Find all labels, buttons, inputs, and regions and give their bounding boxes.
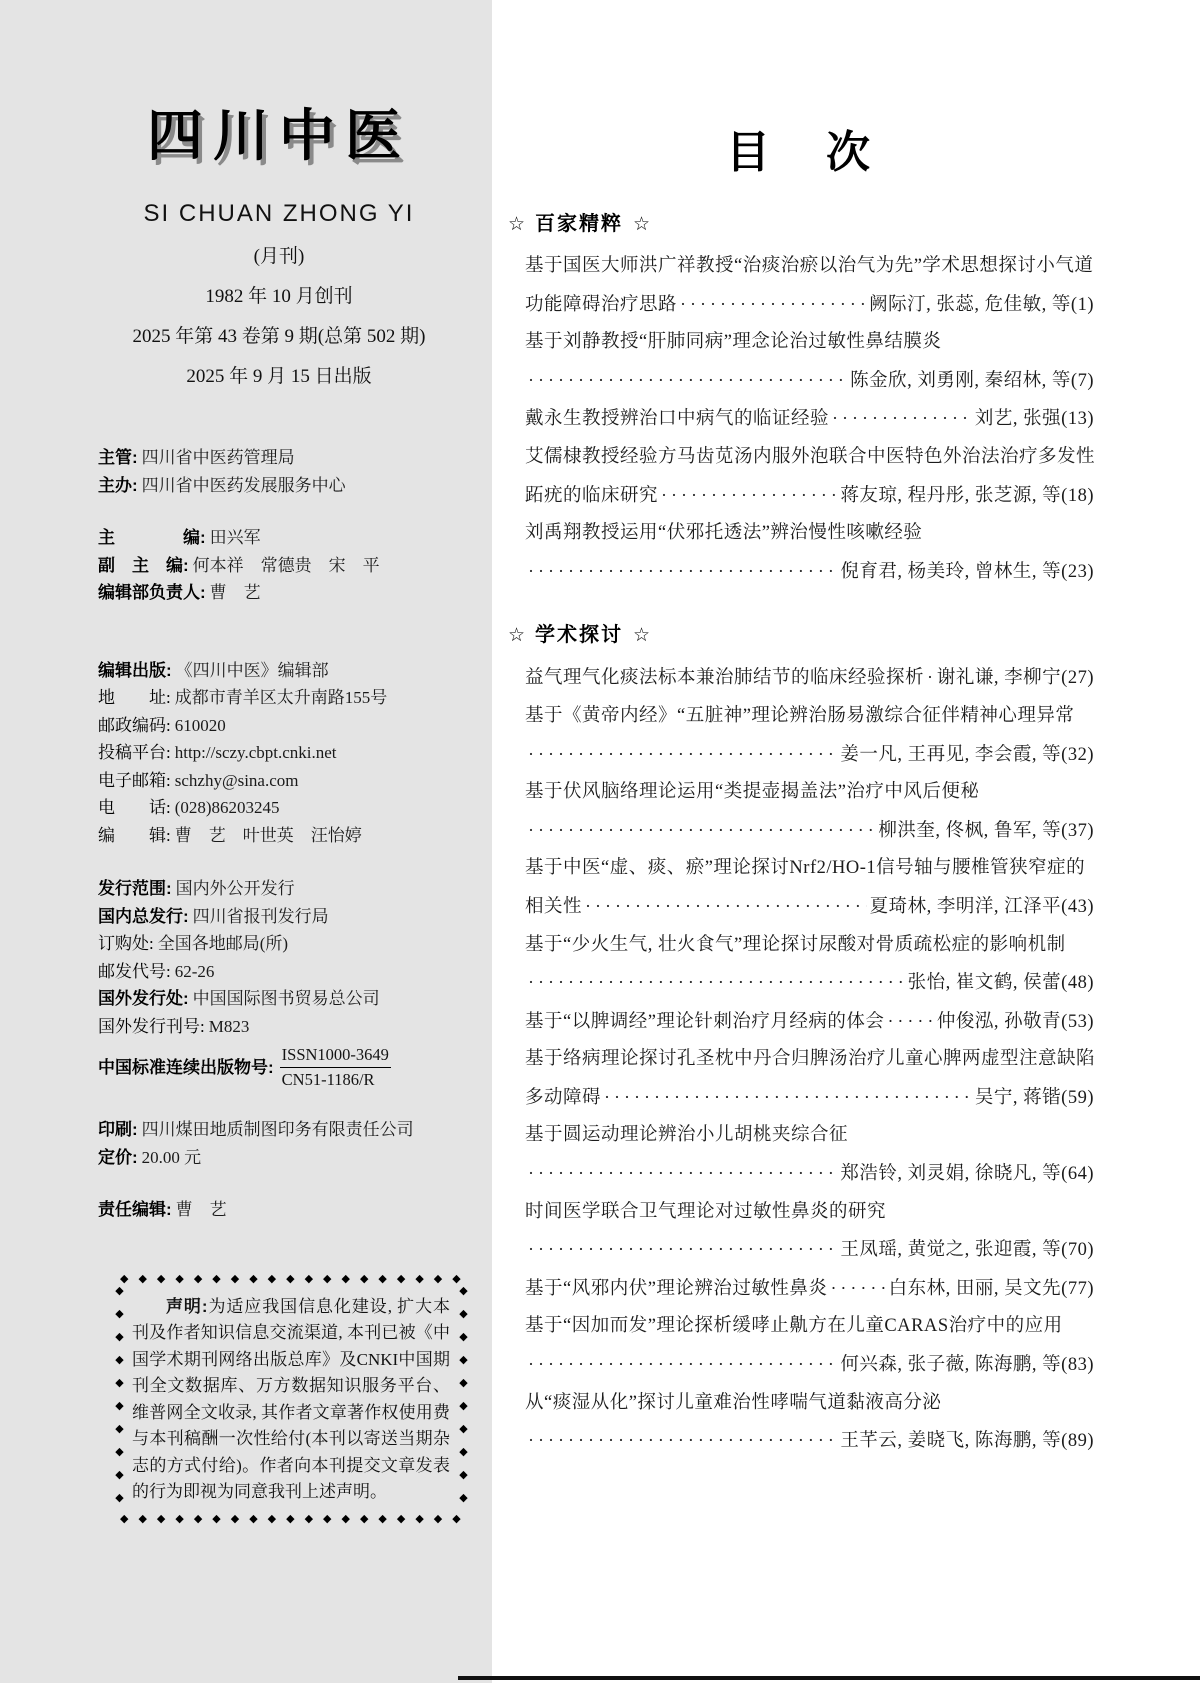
toc-article: 基于圆运动理论辨治小儿胡桃夹综合征郑浩铃, 刘灵娟, 徐晓凡, 等(64) xyxy=(508,1117,1094,1193)
info-value: 曹 艺 xyxy=(176,1196,227,1224)
info-row: 编辑部负责人:曹 艺 xyxy=(98,579,460,607)
article-title: 基于中医“虚、痰、瘀”理论探讨Nrf2/HO-1信号轴与腰椎管狭窄症的 xyxy=(525,850,1085,888)
info-value: (028)86203245 xyxy=(175,794,280,822)
dot-leader xyxy=(528,362,847,401)
info-row: 编辑出版:《四川中医》编辑部 xyxy=(98,657,460,685)
toc-line: 艾儒棣教授经验方马齿苋汤内服外泡联合中医特色外治法治疗多发性 xyxy=(508,439,1094,477)
info-value: 何本祥 常德贵 宋 平 xyxy=(193,552,380,580)
article-title: 艾儒棣教授经验方马齿苋汤内服外泡联合中医特色外治法治疗多发性 xyxy=(525,439,1095,477)
article-title: 刘禹翔教授运用“伏邪托透法”辨治慢性咳嗽经验 xyxy=(525,515,922,553)
toc-article: 基于“风邪内伏”理论辨治过敏性鼻炎白东林, 田丽, 吴文先(77) xyxy=(508,1270,1094,1309)
toc-line: 王凤瑶, 黄觉之, 张迎霞, 等(70) xyxy=(508,1231,1094,1270)
star-icon: ☆ xyxy=(508,214,525,235)
toc-article: 基于刘静教授“肝肺同病”理念论治过敏性鼻结膜炎陈金欣, 刘勇刚, 秦绍林, 等(… xyxy=(508,324,1094,400)
article-title: 功能障碍治疗思路 xyxy=(525,287,677,325)
info-row: 国内总发行:四川省报刊发行局 xyxy=(98,903,460,931)
dot-leader xyxy=(832,400,972,439)
toc-line: 时间医学联合卫气理论对过敏性鼻炎的研究 xyxy=(508,1194,1094,1232)
issn-number: ISSN1000-3649 xyxy=(280,1044,391,1068)
article-authors-page: 何兴森, 张子薇, 陈海鹏, 等(83) xyxy=(840,1347,1094,1385)
toc-line: 基于《黄帝内经》“五脏神”理论辨治肠易激综合征伴精神心理异常 xyxy=(508,698,1094,736)
article-title: 益气理气化痰法标本兼治肺结节的临床经验探析 xyxy=(525,660,924,698)
dot-leader xyxy=(604,1079,972,1118)
toc-line: 姜一凡, 王再见, 李会霞, 等(32) xyxy=(508,736,1094,775)
article-authors-page: 张怡, 崔文鹤, 侯蕾(48) xyxy=(908,965,1094,1003)
toc-line: 从“痰湿从化”探讨儿童难治性哮喘气道黏液高分泌 xyxy=(508,1385,1094,1423)
info-value: 曹 艺 叶世英 汪怡婷 xyxy=(175,822,362,850)
info-row: 邮政编码:610020 xyxy=(98,712,460,740)
toc-line: 张怡, 崔文鹤, 侯蕾(48) xyxy=(508,964,1094,1003)
info-label: 主管: xyxy=(98,444,138,472)
declaration-text: 声明:为适应我国信息化建设, 扩大本刊及作者知识信息交流渠道, 本刊已被《中国学… xyxy=(132,1294,450,1506)
journal-pubdate-line: 2025 年 9 月 15 日出版 xyxy=(98,361,460,388)
toc-article: 基于“少火生气, 壮火食气”理论探讨尿酸对骨质疏松症的影响机制张怡, 崔文鹤, … xyxy=(508,927,1094,1003)
declaration-box: ◆◆◆◆◆◆◆◆◆◆◆◆◆◆◆◆◆◆◆◆◆◆◆◆◆◆◆◆◆◆◆◆◆◆◆◆◆◆◆◆… xyxy=(118,1278,464,1520)
toc-section-heading: ☆学术探讨☆ xyxy=(508,619,1094,652)
diamond-border-bottom: ◆◆◆◆◆◆◆◆◆◆◆◆◆◆◆◆◆◆◆◆◆◆◆◆◆◆◆◆◆◆◆◆◆◆◆◆◆◆◆◆ xyxy=(120,1513,462,1525)
info-group: 编辑出版:《四川中医》编辑部地 址:成都市青羊区太升南路155号邮政编码:610… xyxy=(98,657,460,850)
info-value: 四川省中医药管理局 xyxy=(142,444,295,472)
info-label: 国内总发行: xyxy=(98,903,189,931)
info-value: 中国国际图书贸易总公司 xyxy=(193,985,380,1013)
dot-leader xyxy=(680,286,866,325)
article-authors-page: 刘艺, 张强(13) xyxy=(975,401,1094,439)
toc-section: ☆百家精粹☆基于国医大师洪广祥教授“治痰治瘀以治气为先”学术思想探讨小气道功能障… xyxy=(508,208,1094,591)
article-authors-page: 夏琦林, 李明洋, 江泽平(43) xyxy=(870,889,1094,927)
info-label: 定价: xyxy=(98,1144,138,1172)
toc-section-title: 百家精粹 xyxy=(535,213,623,235)
info-value: 全国各地邮局(所) xyxy=(158,930,288,958)
diamond-border-left: ◆◆◆◆◆◆◆◆◆◆◆◆◆◆◆◆◆◆◆◆◆◆◆◆◆◆◆◆◆◆◆◆◆◆◆◆◆◆◆◆ xyxy=(113,1284,125,1514)
dot-leader xyxy=(887,1003,933,1042)
toc-line: 基于“少火生气, 壮火食气”理论探讨尿酸对骨质疏松症的影响机制 xyxy=(508,927,1094,965)
article-title: 多动障碍 xyxy=(525,1080,601,1118)
toc-line: 郑浩铃, 刘灵娟, 徐晓凡, 等(64) xyxy=(508,1155,1094,1194)
info-label: 主办: xyxy=(98,472,138,500)
dot-leader xyxy=(927,659,934,698)
toc-sections: ☆百家精粹☆基于国医大师洪广祥教授“治痰治瘀以治气为先”学术思想探讨小气道功能障… xyxy=(508,208,1094,1461)
info-group: 主管:四川省中医药管理局主办:四川省中医药发展服务中心 xyxy=(98,444,460,499)
journal-pinyin-title: SI CHUAN ZHONG YI xyxy=(98,200,460,228)
info-row: 定价:20.00 元 xyxy=(98,1144,460,1172)
toc-article: 基于伏风脑络理论运用“类提壶揭盖法”治疗中风后便秘柳洪奎, 佟枫, 鲁军, 等(… xyxy=(508,774,1094,850)
toc-line: 基于“风邪内伏”理论辨治过敏性鼻炎白东林, 田丽, 吴文先(77) xyxy=(508,1270,1094,1309)
info-value: M823 xyxy=(209,1013,250,1041)
journal-logo: 四川中医 xyxy=(98,92,460,172)
journal-founded-line: 1982 年 10 月创刊 xyxy=(98,281,460,308)
info-row: 编 辑:曹 艺 叶世英 汪怡婷 xyxy=(98,822,460,850)
info-value: 成都市青羊区太升南路155号 xyxy=(175,684,388,712)
toc-line: 基于伏风脑络理论运用“类提壶揭盖法”治疗中风后便秘 xyxy=(508,774,1094,812)
journal-frequency: (月刊) xyxy=(98,241,460,268)
article-title: 基于“以脾调经”理论针刺治疗月经病的体会 xyxy=(525,1004,884,1042)
dot-leader xyxy=(528,1155,837,1194)
issn-fraction: ISSN1000-3649CN51-1186/R xyxy=(280,1044,391,1091)
dot-leader xyxy=(830,1270,885,1309)
article-authors-page: 吴宁, 蒋锴(59) xyxy=(975,1080,1094,1118)
dot-leader xyxy=(528,1231,837,1270)
toc-line: 刘禹翔教授运用“伏邪托透法”辨治慢性咳嗽经验 xyxy=(508,515,1094,553)
journal-issue-line: 2025 年第 43 卷第 9 期(总第 502 期) xyxy=(98,321,460,348)
info-value: 四川煤田地质制图印务有限责任公司 xyxy=(142,1116,414,1144)
toc-article: 刘禹翔教授运用“伏邪托透法”辨治慢性咳嗽经验倪育君, 杨美玲, 曾林生, 等(2… xyxy=(508,515,1094,591)
article-title: 从“痰湿从化”探讨儿童难治性哮喘气道黏液高分泌 xyxy=(525,1385,941,1423)
article-authors-page: 谢礼谦, 李柳宁(27) xyxy=(937,660,1094,698)
toc-line: 倪育君, 杨美玲, 曾林生, 等(23) xyxy=(508,553,1094,592)
star-icon: ☆ xyxy=(508,625,525,646)
article-authors-page: 倪育君, 杨美玲, 曾林生, 等(23) xyxy=(840,554,1094,592)
info-label: 邮发代号: xyxy=(98,958,171,986)
toc-section: ☆学术探讨☆益气理气化痰法标本兼治肺结节的临床经验探析谢礼谦, 李柳宁(27)基… xyxy=(508,619,1094,1460)
info-group: 印刷:四川煤田地质制图印务有限责任公司定价:20.00 元 xyxy=(98,1116,460,1171)
toc-line: 多动障碍吴宁, 蒋锴(59) xyxy=(508,1079,1094,1118)
star-icon: ☆ xyxy=(633,625,650,646)
info-row: 印刷:四川煤田地质制图印务有限责任公司 xyxy=(98,1116,460,1144)
info-value: 国内外公开发行 xyxy=(176,875,295,903)
dot-leader xyxy=(528,553,837,592)
bottom-rule xyxy=(458,1676,1200,1680)
article-authors-page: 蒋友琼, 程丹彤, 张芝源, 等(18) xyxy=(840,478,1094,516)
journal-contents-page: 四川中医 SI CHUAN ZHONG YI (月刊) 1982 年 10 月创… xyxy=(0,0,1200,1683)
diamond-border-top: ◆◆◆◆◆◆◆◆◆◆◆◆◆◆◆◆◆◆◆◆◆◆◆◆◆◆◆◆◆◆◆◆◆◆◆◆◆◆◆◆ xyxy=(120,1273,462,1285)
info-value: 四川省中医药发展服务中心 xyxy=(142,472,346,500)
dot-leader xyxy=(661,477,837,516)
article-title: 基于“少火生气, 壮火食气”理论探讨尿酸对骨质疏松症的影响机制 xyxy=(525,927,1066,965)
info-label: 主 编: xyxy=(98,524,206,552)
info-value: http://sczy.cbpt.cnki.net xyxy=(175,739,337,767)
dot-leader xyxy=(528,1422,837,1461)
article-title: 时间医学联合卫气理论对过敏性鼻炎的研究 xyxy=(525,1194,886,1232)
article-title: 基于“风邪内伏”理论辨治过敏性鼻炎 xyxy=(525,1271,827,1309)
info-label: 编 辑: xyxy=(98,822,171,850)
toc-article: 基于“以脾调经”理论针刺治疗月经病的体会仲俊泓, 孙敬青(53) xyxy=(508,1003,1094,1042)
diamond-border-right: ◆◆◆◆◆◆◆◆◆◆◆◆◆◆◆◆◆◆◆◆◆◆◆◆◆◆◆◆◆◆◆◆◆◆◆◆◆◆◆◆ xyxy=(457,1284,469,1514)
info-row: 订购处:全国各地邮局(所) xyxy=(98,930,460,958)
cn-number: CN51-1186/R xyxy=(280,1068,391,1091)
dot-leader xyxy=(528,812,875,851)
info-row: 邮发代号:62-26 xyxy=(98,958,460,986)
article-title: 基于“因加而发”理论探析缓哮止鼽方在儿童CARAS治疗中的应用 xyxy=(525,1308,1063,1346)
article-title: 跖疣的临床研究 xyxy=(525,478,658,516)
toc-line: 基于圆运动理论辨治小儿胡桃夹综合征 xyxy=(508,1117,1094,1155)
dot-leader xyxy=(528,1346,837,1385)
toc-article: 戴永生教授辨治口中病气的临证经验刘艺, 张强(13) xyxy=(508,400,1094,439)
info-label: 印刷: xyxy=(98,1116,138,1144)
info-label: 发行范围: xyxy=(98,875,172,903)
info-row: 主管:四川省中医药管理局 xyxy=(98,444,460,472)
article-authors-page: 王芊云, 姜晓飞, 陈海鹏, 等(89) xyxy=(840,1423,1094,1461)
dot-leader xyxy=(528,964,905,1003)
article-authors-page: 郑浩铃, 刘灵娟, 徐晓凡, 等(64) xyxy=(840,1156,1094,1194)
table-of-contents-column: 目 次 ☆百家精粹☆基于国医大师洪广祥教授“治痰治瘀以治气为先”学术思想探讨小气… xyxy=(492,0,1200,1683)
declaration-body: 为适应我国信息化建设, 扩大本刊及作者知识信息交流渠道, 本刊已被《中国学术期刊… xyxy=(132,1297,450,1502)
info-row: 电 话:(028)86203245 xyxy=(98,794,460,822)
dot-leader xyxy=(528,736,837,775)
toc-line: 戴永生教授辨治口中病气的临证经验刘艺, 张强(13) xyxy=(508,400,1094,439)
toc-article: 艾儒棣教授经验方马齿苋汤内服外泡联合中医特色外治法治疗多发性跖疣的临床研究蒋友琼… xyxy=(508,439,1094,515)
table-of-contents: 目 次 ☆百家精粹☆基于国医大师洪广祥教授“治痰治瘀以治气为先”学术思想探讨小气… xyxy=(508,0,1094,1461)
toc-article: 基于络病理论探讨孔圣枕中丹合归脾汤治疗儿童心脾两虚型注意缺陷多动障碍吴宁, 蒋锴… xyxy=(508,1041,1094,1117)
toc-line: 功能障碍治疗思路阙际汀, 张蕊, 危佳敏, 等(1) xyxy=(508,286,1094,325)
star-icon: ☆ xyxy=(633,214,650,235)
info-row: 中国标准连续出版物号:ISSN1000-3649CN51-1186/R xyxy=(98,1044,460,1091)
toc-article: 从“痰湿从化”探讨儿童难治性哮喘气道黏液高分泌王芊云, 姜晓飞, 陈海鹏, 等(… xyxy=(508,1385,1094,1461)
info-value: 《四川中医》编辑部 xyxy=(176,657,329,685)
article-title: 基于《黄帝内经》“五脏神”理论辨治肠易激综合征伴精神心理异常 xyxy=(525,698,1074,736)
article-title: 基于络病理论探讨孔圣枕中丹合归脾汤治疗儿童心脾两虚型注意缺陷 xyxy=(525,1041,1095,1079)
info-group: 责任编辑:曹 艺 xyxy=(98,1196,460,1224)
info-row: 投稿平台:http://sczy.cbpt.cnki.net xyxy=(98,739,460,767)
journal-info-inner: 四川中医 SI CHUAN ZHONG YI (月刊) 1982 年 10 月创… xyxy=(0,0,460,1520)
toc-line: 基于中医“虚、痰、瘀”理论探讨Nrf2/HO-1信号轴与腰椎管狭窄症的 xyxy=(508,850,1094,888)
info-label: 责任编辑: xyxy=(98,1196,172,1224)
info-row: 副 主 编:何本祥 常德贵 宋 平 xyxy=(98,552,460,580)
toc-line: 基于“以脾调经”理论针刺治疗月经病的体会仲俊泓, 孙敬青(53) xyxy=(508,1003,1094,1042)
declaration-label: 声明: xyxy=(166,1297,208,1316)
info-label: 副 主 编: xyxy=(98,552,189,580)
info-label: 编辑部负责人: xyxy=(98,579,206,607)
info-row: 国外发行处:中国国际图书贸易总公司 xyxy=(98,985,460,1013)
info-label: 国外发行刊号: xyxy=(98,1013,205,1041)
info-value: 曹 艺 xyxy=(210,579,261,607)
article-title: 基于伏风脑络理论运用“类提壶揭盖法”治疗中风后便秘 xyxy=(525,774,979,812)
info-label: 中国标准连续出版物号: xyxy=(98,1054,274,1082)
dot-leader xyxy=(585,888,867,927)
toc-line: 陈金欣, 刘勇刚, 秦绍林, 等(7) xyxy=(508,362,1094,401)
toc-line: 柳洪奎, 佟枫, 鲁军, 等(37) xyxy=(508,812,1094,851)
toc-line: 王芊云, 姜晓飞, 陈海鹏, 等(89) xyxy=(508,1422,1094,1461)
article-authors-page: 柳洪奎, 佟枫, 鲁军, 等(37) xyxy=(878,813,1094,851)
toc-line: 跖疣的临床研究蒋友琼, 程丹彤, 张芝源, 等(18) xyxy=(508,477,1094,516)
article-title: 相关性 xyxy=(525,889,582,927)
toc-article: 基于“因加而发”理论探析缓哮止鼽方在儿童CARAS治疗中的应用何兴森, 张子薇,… xyxy=(508,1308,1094,1384)
toc-article: 时间医学联合卫气理论对过敏性鼻炎的研究王凤瑶, 黄觉之, 张迎霞, 等(70) xyxy=(508,1194,1094,1270)
article-authors-page: 姜一凡, 王再见, 李会霞, 等(32) xyxy=(840,737,1094,775)
info-label: 电 话: xyxy=(98,794,171,822)
info-label: 投稿平台: xyxy=(98,739,171,767)
info-label: 订购处: xyxy=(98,930,154,958)
info-row: 责任编辑:曹 艺 xyxy=(98,1196,460,1224)
toc-title: 目 次 xyxy=(508,116,1094,180)
info-value: 62-26 xyxy=(175,958,215,986)
toc-line: 基于络病理论探讨孔圣枕中丹合归脾汤治疗儿童心脾两虚型注意缺陷 xyxy=(508,1041,1094,1079)
article-authors-page: 白东林, 田丽, 吴文先(77) xyxy=(889,1271,1094,1309)
toc-line: 基于刘静教授“肝肺同病”理念论治过敏性鼻结膜炎 xyxy=(508,324,1094,362)
info-row: 国外发行刊号:M823 xyxy=(98,1013,460,1041)
info-row: 主办:四川省中医药发展服务中心 xyxy=(98,472,460,500)
toc-line: 相关性夏琦林, 李明洋, 江泽平(43) xyxy=(508,888,1094,927)
info-row: 地 址:成都市青羊区太升南路155号 xyxy=(98,684,460,712)
info-label: 编辑出版: xyxy=(98,657,172,685)
info-value: 20.00 元 xyxy=(142,1144,202,1172)
toc-article: 基于中医“虚、痰、瘀”理论探讨Nrf2/HO-1信号轴与腰椎管狭窄症的相关性夏琦… xyxy=(508,850,1094,926)
article-title: 基于国医大师洪广祥教授“治痰治瘀以治气为先”学术思想探讨小气道 xyxy=(525,248,1093,286)
info-group: 发行范围:国内外公开发行国内总发行:四川省报刊发行局订购处:全国各地邮局(所)邮… xyxy=(98,875,460,1091)
journal-info-column: 四川中医 SI CHUAN ZHONG YI (月刊) 1982 年 10 月创… xyxy=(0,0,492,1683)
article-authors-page: 王凤瑶, 黄觉之, 张迎霞, 等(70) xyxy=(840,1232,1094,1270)
info-label: 邮政编码: xyxy=(98,712,171,740)
toc-article: 益气理气化痰法标本兼治肺结节的临床经验探析谢礼谦, 李柳宁(27) xyxy=(508,659,1094,698)
toc-line: 基于国医大师洪广祥教授“治痰治瘀以治气为先”学术思想探讨小气道 xyxy=(508,248,1094,286)
info-label: 国外发行处: xyxy=(98,985,189,1013)
article-title: 基于刘静教授“肝肺同病”理念论治过敏性鼻结膜炎 xyxy=(525,324,941,362)
article-title: 基于圆运动理论辨治小儿胡桃夹综合征 xyxy=(525,1117,848,1155)
toc-article: 基于《黄帝内经》“五脏神”理论辨治肠易激综合征伴精神心理异常姜一凡, 王再见, … xyxy=(508,698,1094,774)
toc-article: 基于国医大师洪广祥教授“治痰治瘀以治气为先”学术思想探讨小气道功能障碍治疗思路阙… xyxy=(508,248,1094,324)
info-row: 主 编:田兴军 xyxy=(98,524,460,552)
toc-line: 益气理气化痰法标本兼治肺结节的临床经验探析谢礼谦, 李柳宁(27) xyxy=(508,659,1094,698)
toc-line: 基于“因加而发”理论探析缓哮止鼽方在儿童CARAS治疗中的应用 xyxy=(508,1308,1094,1346)
info-row: 电子邮箱:schzhy@sina.com xyxy=(98,767,460,795)
info-value: 田兴军 xyxy=(210,524,261,552)
article-authors-page: 阙际汀, 张蕊, 危佳敏, 等(1) xyxy=(869,287,1094,325)
article-authors-page: 仲俊泓, 孙敬青(53) xyxy=(937,1004,1094,1042)
info-value: 610020 xyxy=(175,712,226,740)
info-label: 地 址: xyxy=(98,684,171,712)
info-value: schzhy@sina.com xyxy=(175,767,299,795)
info-value: 四川省报刊发行局 xyxy=(193,903,329,931)
toc-section-heading: ☆百家精粹☆ xyxy=(508,208,1094,241)
toc-line: 何兴森, 张子薇, 陈海鹏, 等(83) xyxy=(508,1346,1094,1385)
toc-section-title: 学术探讨 xyxy=(535,624,623,646)
journal-masthead-info: 主管:四川省中医药管理局主办:四川省中医药发展服务中心主 编:田兴军副 主 编:… xyxy=(98,444,460,1224)
article-title: 戴永生教授辨治口中病气的临证经验 xyxy=(525,401,829,439)
article-authors-page: 陈金欣, 刘勇刚, 秦绍林, 等(7) xyxy=(850,363,1094,401)
info-group: 主 编:田兴军副 主 编:何本祥 常德贵 宋 平编辑部负责人:曹 艺 xyxy=(98,524,460,607)
info-row: 发行范围:国内外公开发行 xyxy=(98,875,460,903)
info-label: 电子邮箱: xyxy=(98,767,171,795)
